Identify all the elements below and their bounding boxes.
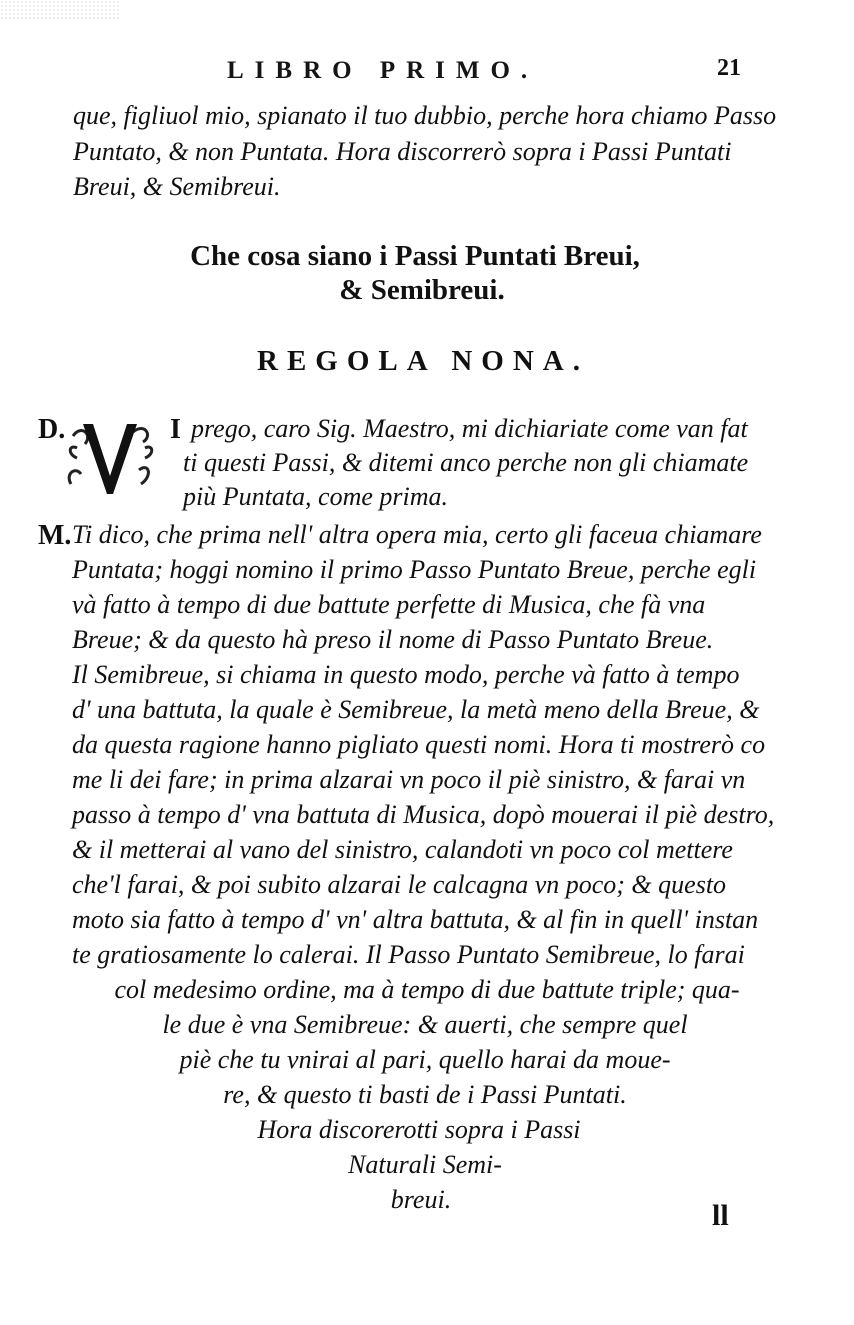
scan-noise [0, 0, 120, 20]
text-line: Ti dico, che prima nell' altra opera mia… [72, 520, 762, 550]
running-head: LIBRO PRIMO. 21 [0, 57, 854, 93]
text-line: d' una battuta, la quale è Semibreue, la… [72, 695, 759, 725]
initial-continuation: I [170, 414, 181, 446]
text-line: & il metterai al vano del sinistro, cala… [72, 835, 733, 865]
running-title: LIBRO PRIMO. [227, 57, 538, 85]
text-line: che'l farai, & poi subito alzarai le cal… [72, 870, 726, 900]
tapered-line: Naturali Semi- [0, 1150, 852, 1180]
text-line: moto sia fatto à tempo d' vn' altra batt… [72, 905, 758, 935]
page-number: 21 [717, 55, 741, 82]
text-line: prego, caro Sig. Maestro, mi dichiariate… [191, 414, 748, 444]
speaker-label-maestro: M. [38, 520, 71, 552]
text-line: da questa ragione hanno pigliato questi … [72, 730, 765, 760]
section-heading-line-1: Che cosa siano i Passi Puntati Breui, [0, 240, 842, 273]
tapered-line: Hora discorerotti sopra i Passi [0, 1115, 846, 1145]
ornament-icon [63, 414, 158, 498]
signature-mark: ll [712, 1199, 729, 1233]
text-line: que, figliuol mio, spianato il tuo dubbi… [73, 101, 776, 131]
text-line: Breue; & da questo hà preso il nome di P… [72, 625, 713, 655]
text-line: te gratiosamente lo calerai. Il Passo Pu… [72, 940, 745, 970]
tapered-line: le due è vna Semibreue: & auerti, che se… [0, 1010, 852, 1040]
text-line: Breui, & Semibreui. [73, 172, 280, 202]
text-line: Puntata; hoggi nomino il primo Passo Pun… [72, 555, 756, 585]
tapered-line: piè che tu vnirai al pari, quello harai … [0, 1045, 852, 1075]
text-line: Puntato, & non Puntata. Hora discorrerò … [73, 137, 731, 167]
section-heading-line-2: & Semibreui. [0, 274, 849, 307]
text-line: Il Semibreue, si chiama in questo modo, … [72, 660, 739, 690]
tapered-line: col medesimo ordine, ma à tempo di due b… [0, 975, 854, 1005]
text-line: passo à tempo d' vna battuta di Musica, … [72, 800, 774, 830]
decorated-initial [63, 414, 158, 498]
text-line: ti questi Passi, & ditemi anco perche no… [183, 448, 748, 478]
text-line: me li dei fare; in prima alzarai vn poco… [72, 765, 745, 795]
text-line: và fatto à tempo di due battute perfette… [72, 590, 705, 620]
speaker-label-discepolo: D. [38, 414, 65, 446]
text-line: più Puntata, come prima. [183, 482, 448, 512]
tapered-line: re, & questo ti basti de i Passi Puntati… [0, 1080, 852, 1110]
rule-heading: REGOLA NONA. [0, 345, 850, 378]
